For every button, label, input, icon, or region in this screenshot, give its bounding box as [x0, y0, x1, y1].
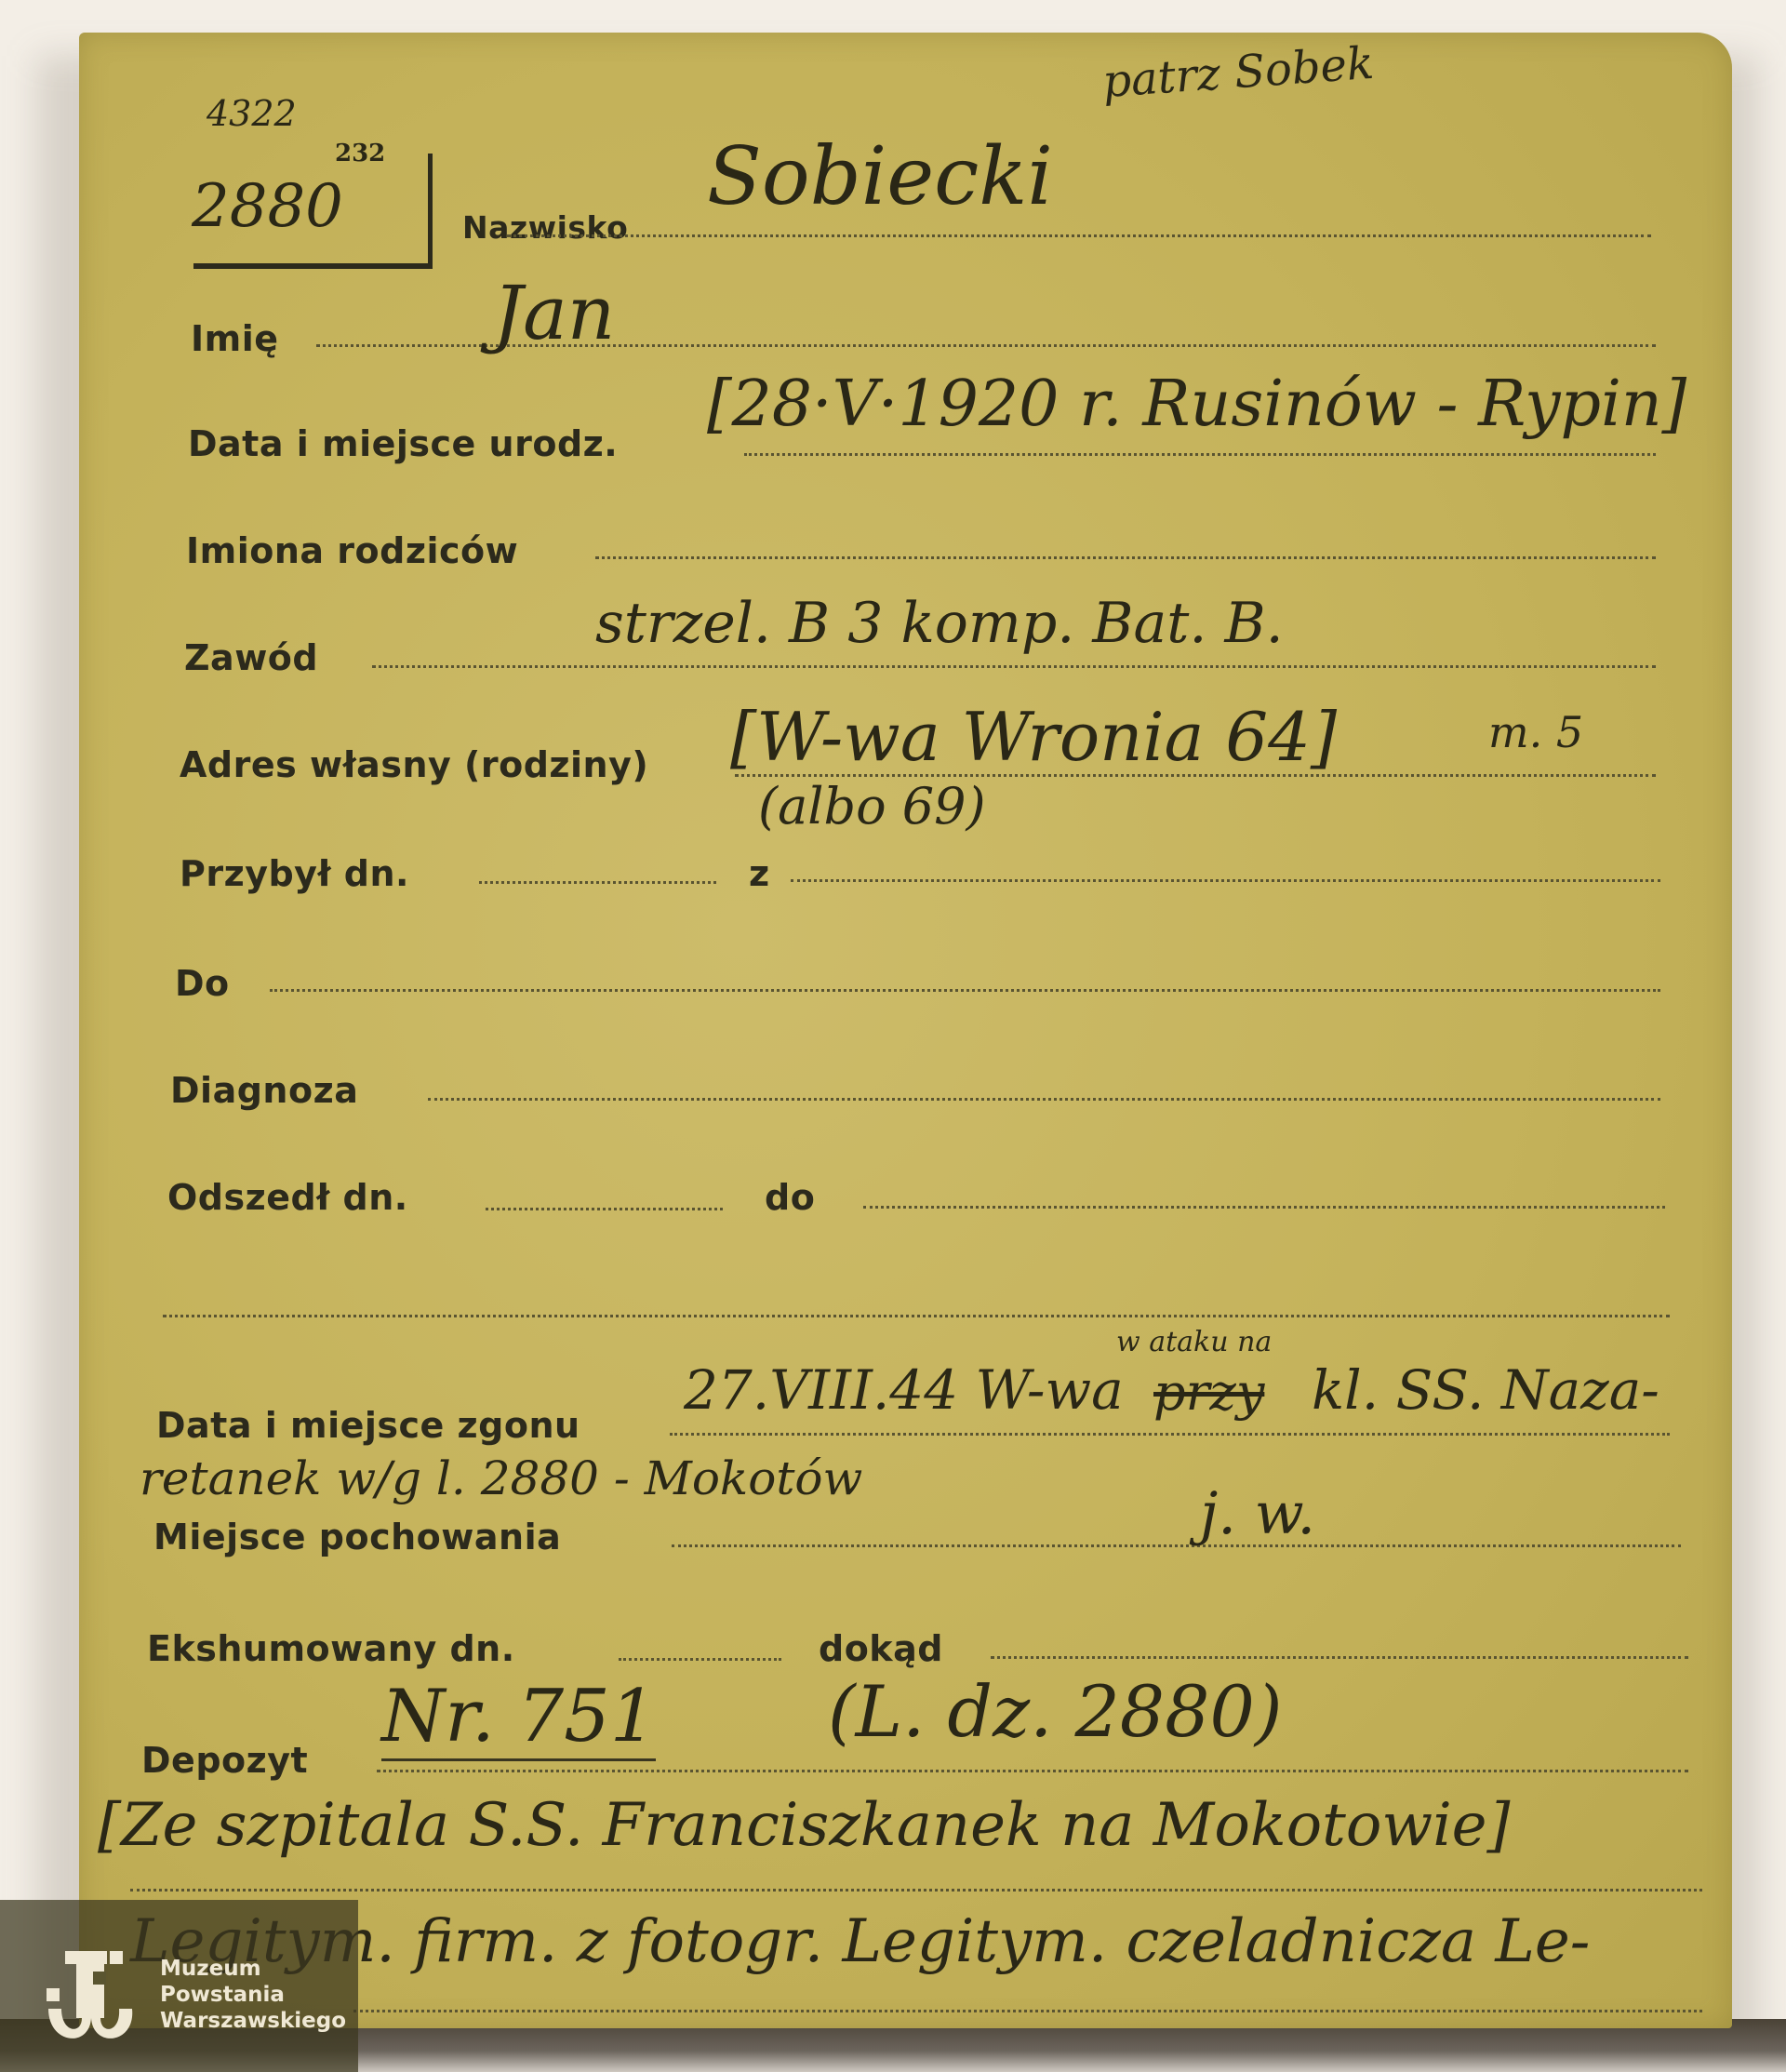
watermark-line2: Powstania: [160, 1982, 346, 2008]
parents-line: [595, 556, 1656, 559]
museum-watermark: Muzeum Powstania Warszawskiego: [0, 1900, 358, 2072]
departed-label: Odszedł dn.: [167, 1177, 408, 1218]
address-alternative: (albo 69): [758, 777, 986, 835]
death-value-line2: retanek w/g l. 2880 - Mokotów: [140, 1451, 862, 1505]
death-value-continued: kl. SS. Naza-: [1312, 1358, 1659, 1422]
first-name-label: Imię: [191, 318, 279, 359]
reference-box-underline: [193, 263, 433, 269]
deposit-note: (L. dz. 2880): [828, 1670, 1283, 1753]
occupation-value: strzel. B 3 komp. Bat. B.: [595, 591, 1284, 656]
occupation-label: Zawód: [184, 637, 318, 678]
exhumed-where-line: [991, 1656, 1688, 1659]
diagnosis-line: [428, 1098, 1660, 1101]
arrived-date-line: [479, 881, 716, 884]
watermark-line1: Muzeum: [160, 1956, 346, 1982]
watermark-line3: Warszawskiego: [160, 2008, 346, 2034]
address-apartment: m. 5: [1488, 707, 1583, 757]
reference-box-vertical: [428, 154, 433, 265]
first-name-value: Jan: [493, 270, 615, 356]
occupation-line: [372, 665, 1656, 668]
surname-label: Nazwisko: [462, 209, 628, 246]
blank-line: [163, 1315, 1670, 1317]
arrived-from-label: z: [749, 853, 770, 894]
death-struck-word: przy: [1153, 1363, 1264, 1422]
surname-line: [507, 234, 1651, 237]
footer-line-1: [130, 1889, 1702, 1892]
hospital-note: [Ze szpitala S.S. Franciszkanek na Mokot…: [98, 1791, 1511, 1860]
deposit-line: [377, 1770, 1688, 1772]
to-label: Do: [175, 963, 230, 1004]
death-label: Data i miejsce zgonu: [156, 1405, 580, 1446]
diagnosis-label: Diagnoza: [170, 1070, 358, 1111]
birth-label: Data i miejsce urodz.: [188, 423, 618, 464]
kotwica-anchor-icon: [47, 1951, 140, 2049]
reference-top: 4322: [207, 93, 297, 134]
reference-small: 232: [335, 140, 385, 167]
death-value: 27.VIII.44 W-wa: [684, 1358, 1124, 1422]
exhumed-label: Ekshumowany dn.: [147, 1628, 515, 1669]
departed-to-line: [863, 1206, 1665, 1209]
birth-value: [28·V·1920 r. Rusinów - Rypin]: [707, 368, 1686, 441]
surname-value: Sobiecki: [707, 130, 1053, 223]
reference-number: 2880: [192, 172, 343, 241]
death-insertion: w ataku na: [1116, 1326, 1272, 1358]
parents-label: Imiona rodziców: [186, 530, 518, 571]
exhumed-date-line: [619, 1658, 781, 1661]
departed-date-line: [486, 1208, 723, 1210]
deposit-number: Nr. 751: [381, 1675, 656, 1761]
to-line: [270, 989, 1660, 992]
death-line: [670, 1433, 1670, 1436]
footer-line-2: [353, 2010, 1702, 2012]
address-value: [W-wa Wronia 64]: [730, 698, 1337, 776]
burial-line: [672, 1544, 1681, 1547]
birth-line: [744, 453, 1656, 456]
exhumed-where-label: dokąd: [819, 1628, 943, 1669]
arrived-from-line: [791, 879, 1660, 882]
deposit-label: Depozyt: [141, 1740, 308, 1781]
burial-label: Miejsce pochowania: [153, 1517, 561, 1557]
address-label: Adres własny (rodziny): [180, 744, 648, 785]
burial-value: j. w.: [1200, 1479, 1315, 1547]
departed-to-label: do: [765, 1177, 815, 1218]
arrived-label: Przybył dn.: [180, 853, 409, 894]
